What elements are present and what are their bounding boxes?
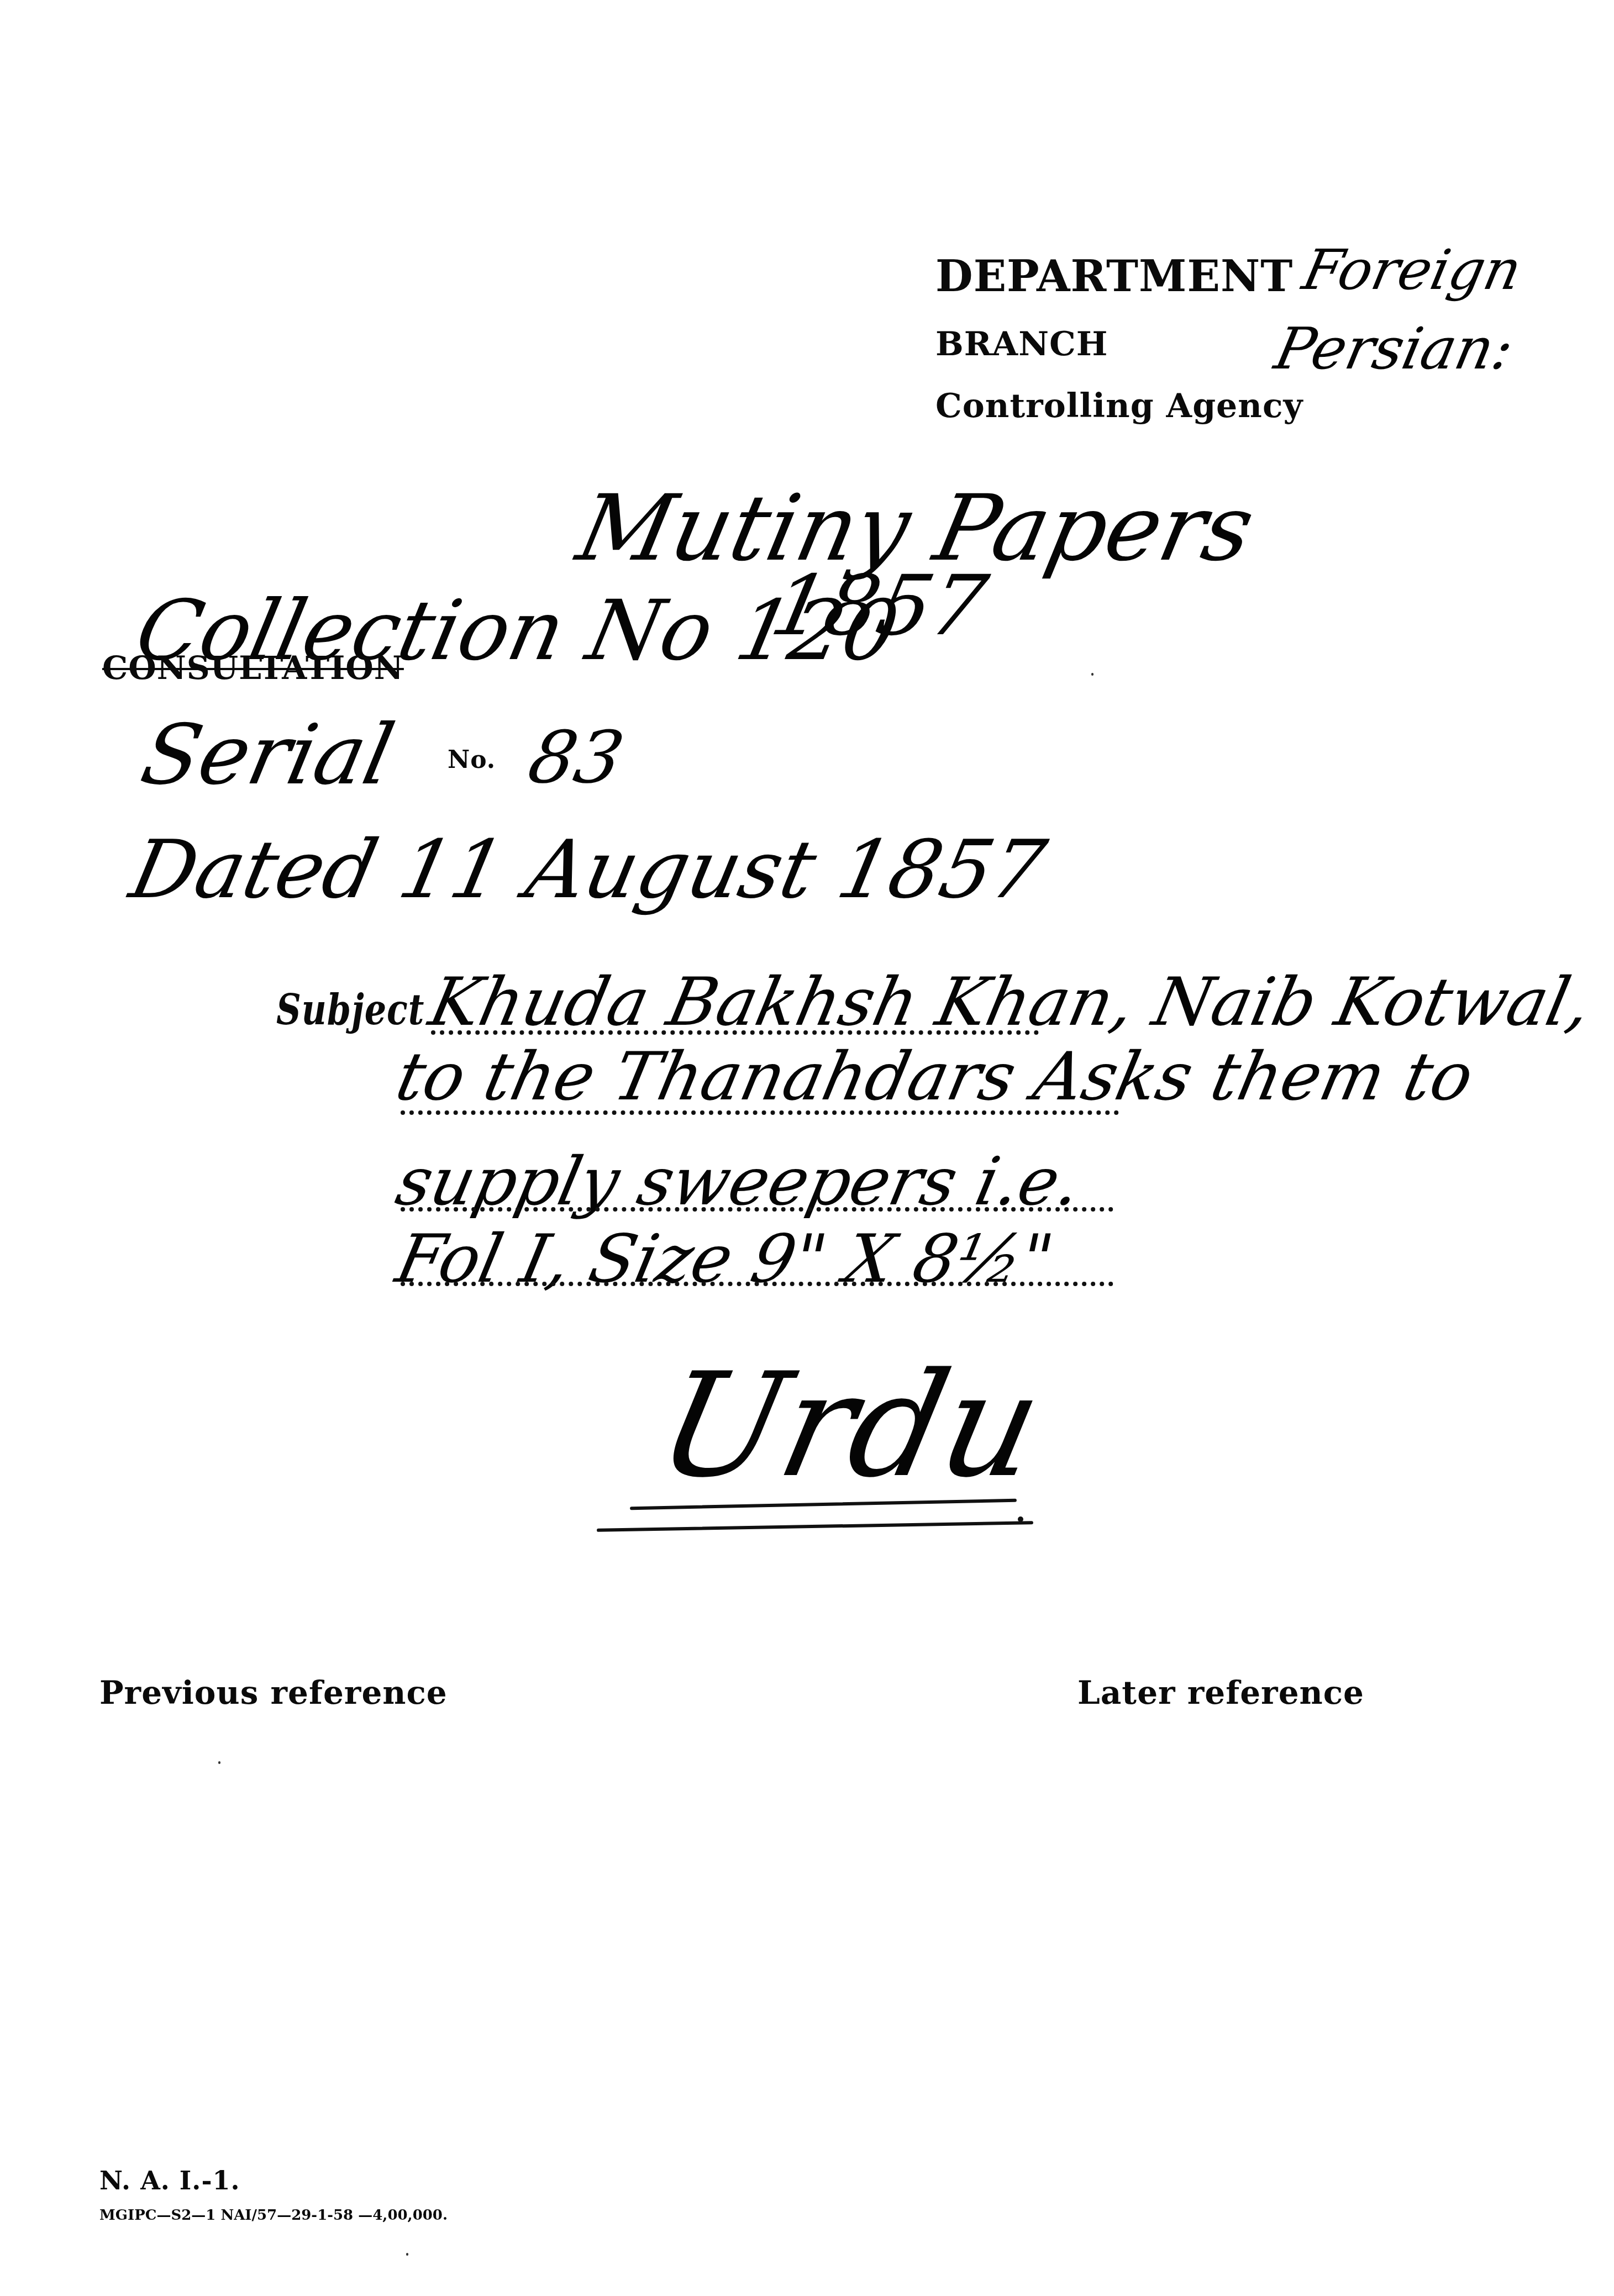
language-handwritten: Urdu <box>645 1342 1055 1509</box>
branch-label: BRANCH <box>935 325 1108 364</box>
previous-reference-label: Previous reference <box>99 1674 448 1712</box>
dotted-rule <box>401 1110 1119 1115</box>
subject-line: Khuda Bakhsh Khan, Naib Kotwal, <box>423 964 1598 1041</box>
dotted-rule <box>401 1207 1113 1212</box>
serial-number: 83 <box>522 715 631 799</box>
branch-value-handwritten: Persian: <box>1269 315 1520 382</box>
scan-speck <box>406 2253 408 2256</box>
scan-speck <box>218 1761 220 1764</box>
serial-no-label: No. <box>448 746 496 774</box>
consultation-label-struck: CONSULTATION <box>102 649 404 687</box>
dated-handwritten: Dated 11 August 1857 <box>123 823 1053 917</box>
subject-line: Fol I, Size 9" X 8½" <box>390 1221 1060 1298</box>
dotted-rule <box>431 1030 1039 1035</box>
subject-line: to the Thanahdars Asks them to <box>390 1039 1480 1115</box>
form-number: N. A. I.-1. <box>99 2166 240 2195</box>
ink-dot <box>1018 1516 1023 1522</box>
controlling-agency-label: Controlling Agency <box>935 387 1303 425</box>
later-reference-label: Later reference <box>1077 1674 1364 1712</box>
dotted-rule <box>401 1282 1113 1286</box>
language-underline <box>597 1521 1033 1532</box>
printer-imprint: MGIPC—S2—1 NAI/57—29-1-58 —4,00,000. <box>99 2207 448 2224</box>
subject-label: Subject <box>276 984 424 1035</box>
serial-label-handwritten: Serial <box>134 707 402 803</box>
department-value-handwritten: Foreign <box>1297 238 1527 302</box>
scan-speck <box>1091 673 1093 676</box>
department-label: DEPARTMENT <box>935 251 1293 302</box>
